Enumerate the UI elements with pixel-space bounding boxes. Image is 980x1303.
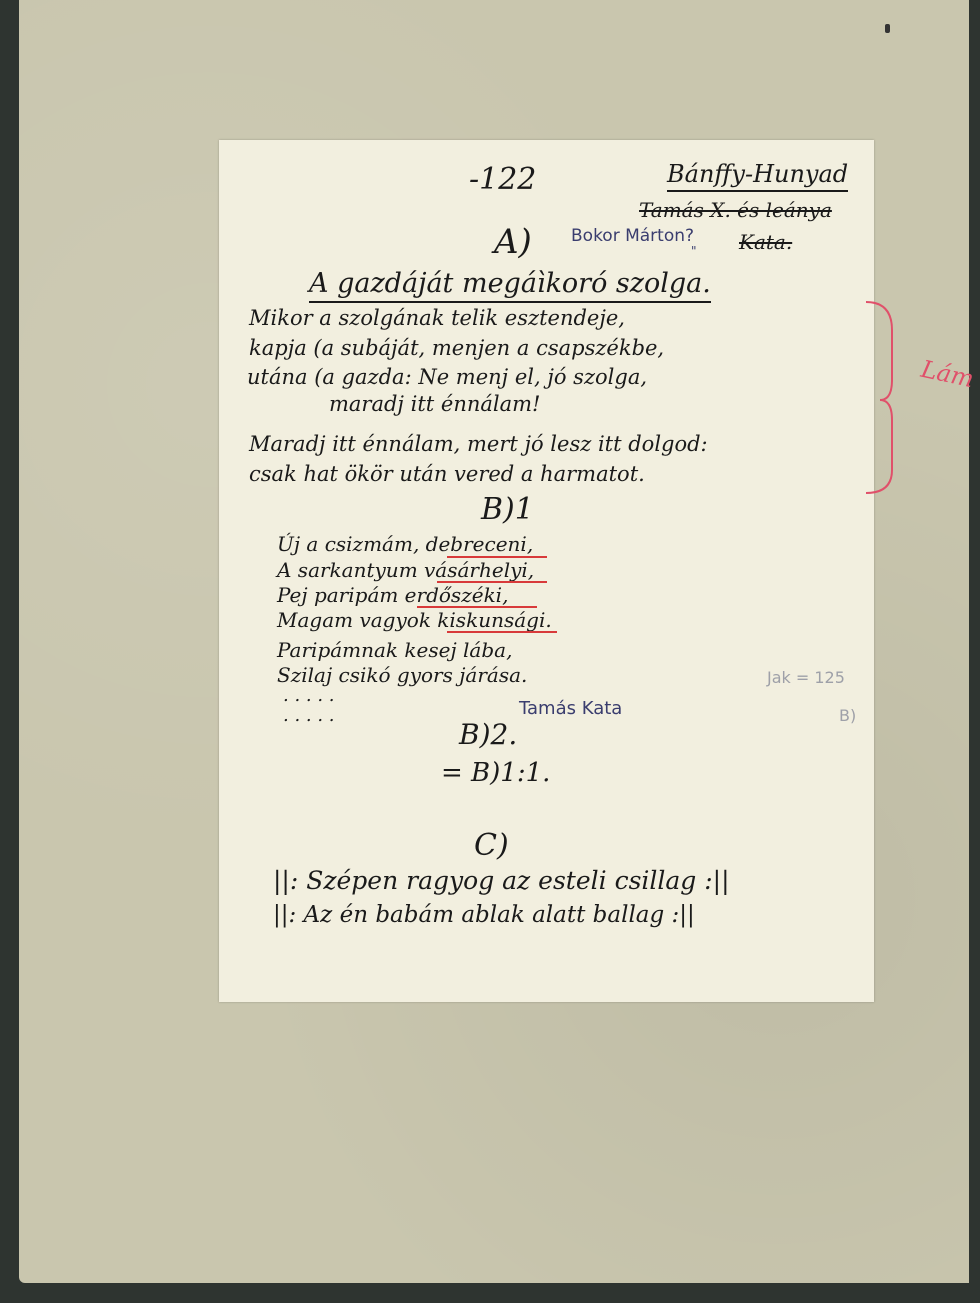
section-b1-line: Magam vagyok kiskunsági. bbox=[277, 608, 552, 632]
struck-informant-line2: Kata. bbox=[739, 230, 792, 254]
section-a-line: Mikor a szolgának telik esztendeje, bbox=[249, 306, 625, 330]
pencil-note: B) bbox=[839, 706, 856, 725]
section-b1-label: B)1 bbox=[481, 492, 534, 527]
red-underline-kiskunsagi bbox=[447, 630, 557, 633]
section-c-line: ||: Szépen ragyog az esteli csillag :|| bbox=[273, 866, 730, 895]
mount-board: -122 Bánffy-Hunyad Tamás X. és leánya Ka… bbox=[19, 0, 969, 1283]
section-b1-line: Szilaj csikó gyors járása. bbox=[277, 663, 527, 687]
struck-informant-line1: Tamás X. és leánya bbox=[639, 198, 832, 222]
section-c-line: ||: Az én babám ablak alatt ballag :|| bbox=[273, 902, 695, 928]
manuscript-sheet: -122 Bánffy-Hunyad Tamás X. és leánya Ka… bbox=[219, 140, 874, 1002]
red-brace-icon bbox=[864, 300, 894, 495]
section-b1-line: Paripámnak kesej lába, bbox=[277, 638, 512, 662]
section-a-line: kapja (a subáját, menjen a csapszékbe, bbox=[249, 336, 664, 360]
pencil-note: Jak = 125 bbox=[767, 668, 845, 687]
section-b2-label: B)2. bbox=[459, 718, 517, 751]
section-b1-line: Pej paripám erdőszéki, bbox=[277, 583, 508, 607]
red-margin-note: Lám bbox=[919, 355, 977, 393]
red-underline-vasarhelyi bbox=[437, 580, 547, 583]
page-number: -122 bbox=[469, 162, 536, 197]
section-a-label: A) bbox=[494, 222, 532, 262]
section-c-label: C) bbox=[474, 828, 509, 863]
section-b2-informant: Tamás Kata bbox=[519, 698, 622, 719]
red-underline-erdoszeki bbox=[417, 605, 537, 608]
ellipsis-line: . . . . . bbox=[283, 685, 335, 706]
ditto-mark: " bbox=[691, 244, 697, 258]
ink-speck bbox=[885, 24, 890, 33]
ellipsis-line: . . . . . bbox=[283, 705, 335, 726]
red-underline-debreceni bbox=[447, 555, 547, 558]
region-header: Bánffy-Hunyad bbox=[667, 160, 848, 192]
section-b1-line: A sarkantyum vásárhelyi, bbox=[277, 558, 534, 582]
section-a-line: Maradj itt énnálam, mert jó lesz itt dol… bbox=[249, 432, 708, 456]
song-title: A gazdáját megáìkoró szolga. bbox=[309, 268, 711, 303]
section-a-line: utána (a gazda: Ne menj el, jó szolga, bbox=[247, 365, 647, 389]
section-b2-reference: = B)1:1. bbox=[441, 758, 550, 788]
section-b1-line: Új a csizmám, debreceni, bbox=[277, 532, 533, 556]
section-a-line: maradj itt énnálam! bbox=[329, 392, 540, 416]
section-a-line: csak hat ökör után vered a harmatot. bbox=[249, 462, 645, 486]
section-a-informant: Bokor Márton? bbox=[571, 226, 694, 246]
